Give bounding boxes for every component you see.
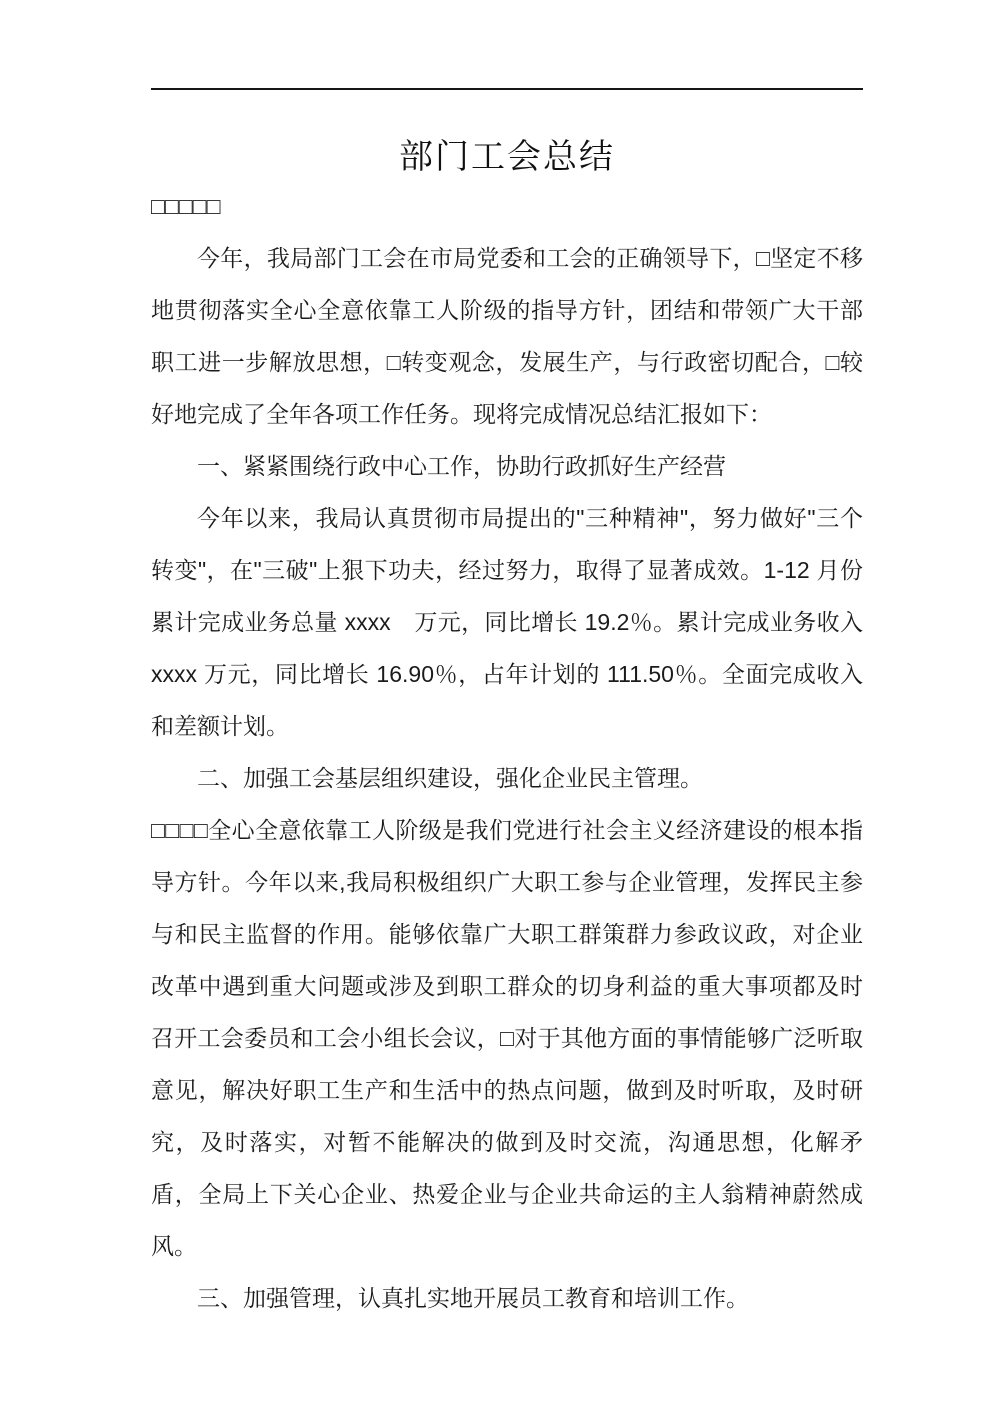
placeholder-line: □□□□□ bbox=[151, 180, 863, 232]
header-rule bbox=[151, 88, 863, 90]
heading-section-1: 一、紧紧围绕行政中心工作，协助行政抓好生产经营 bbox=[151, 440, 863, 492]
paragraph-section-2: □□□□全心全意依靠工人阶级是我们党进行社会主义经济建设的根本指导方针。今年以来… bbox=[151, 804, 863, 1272]
document-title: 部门工会总结 bbox=[151, 134, 863, 180]
document-page: 部门工会总结 □□□□□ 今年，我局部门工会在市局党委和工会的正确领导下，□坚定… bbox=[0, 0, 1000, 1415]
paragraph-intro: 今年，我局部门工会在市局党委和工会的正确领导下，□坚定不移地贯彻落实全心全意依靠… bbox=[151, 232, 863, 440]
heading-section-2: 二、加强工会基层组织建设，强化企业民主管理。 bbox=[151, 752, 863, 804]
heading-section-3: 三、加强管理，认真扎实地开展员工教育和培训工作。 bbox=[151, 1272, 863, 1324]
paragraph-section-1: 今年以来，我局认真贯彻市局提出的"三种精神"，努力做好"三个转变"，在"三破"上… bbox=[151, 492, 863, 752]
